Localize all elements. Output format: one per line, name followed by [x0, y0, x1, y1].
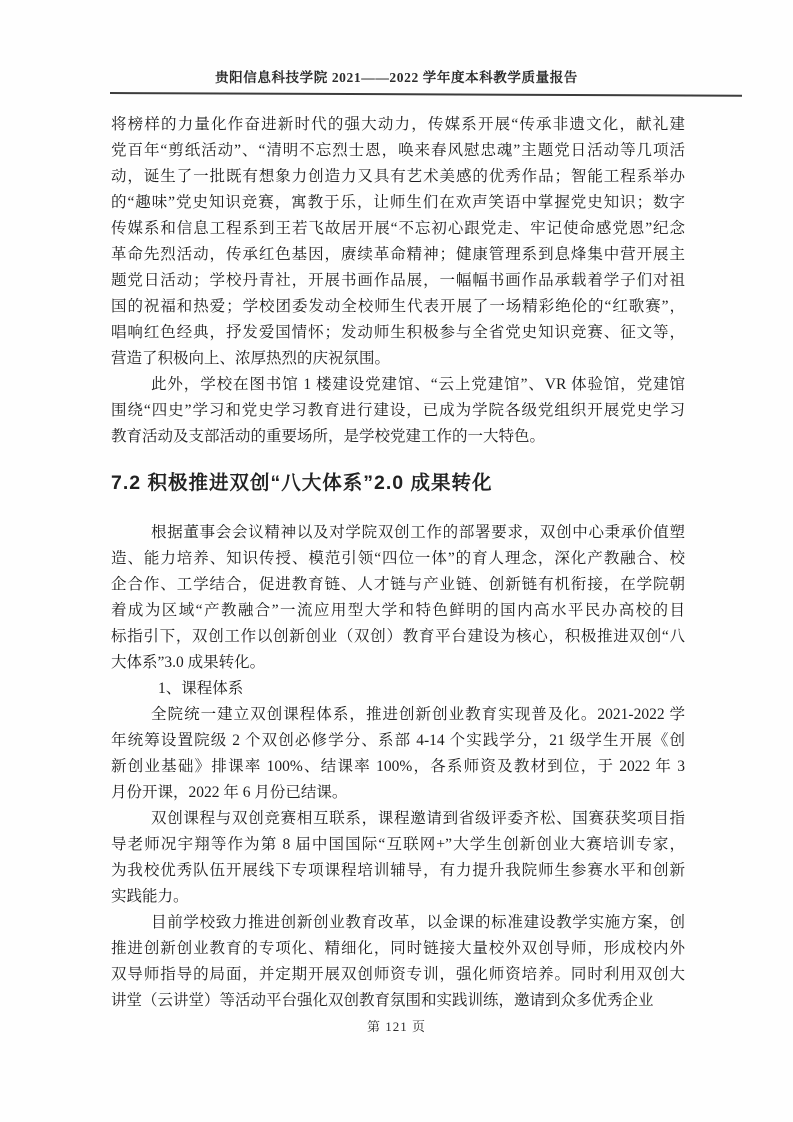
text-line: 的“趣味”党史知识竞赛，寓教于乐，让师生们在欢声笑语中掌握党史知识；数字 [111, 190, 685, 216]
paragraph: 目前学校致力推进创新创业教育改革，以金课的标准建设教学实施方案，创推进创新创业教… [111, 910, 685, 1014]
text-line: 月份开课，2022 年 6 月份已结课。 [111, 780, 685, 806]
page-header: 贵阳信息科技学院 2021——2022 学年度本科教学质量报告 [0, 66, 793, 87]
text-line: 此外，学校在图书馆 1 楼建设党建馆、“云上党建馆”、VR 体验馆，党建馆 [111, 372, 685, 398]
text-line: 大体系”3.0 成果转化。 [111, 650, 685, 676]
page-footer: 第 121 页 [0, 1016, 793, 1036]
paragraph: 将榜样的力量化作奋进新时代的强大动力，传媒系开展“传承非遗文化，献礼建党百年“剪… [111, 112, 685, 372]
text-line: 根据董事会会议精神以及对学院双创工作的部署要求，双创中心秉承价值塑 [111, 520, 685, 546]
text-line: 讲堂（云讲堂）等活动平台强化双创教育氛围和实践训练，邀请到众多优秀企业 [111, 988, 685, 1014]
paragraph: 全院统一建立双创课程体系，推进创新创业教育实现普及化。2021-2022 学年统… [111, 702, 685, 806]
text-line: 国的祝福和热爱；学校团委发动全校师生代表开展了一场精彩绝伦的“红歌赛”， [111, 294, 685, 320]
text-line: 推进创新创业教育的专项化、精细化，同时链接大量校外双创导师，形成校内外 [111, 936, 685, 962]
text-line: 动，诞生了一批既有想象力创造力又具有艺术美感的优秀作品；智能工程系举办 [111, 164, 685, 190]
document-page: 贵阳信息科技学院 2021——2022 学年度本科教学质量报告 将榜样的力量化作… [0, 0, 793, 1122]
text-line: 全院统一建立双创课程体系，推进创新创业教育实现普及化。2021-2022 学 [111, 702, 685, 728]
text-line: 为我校优秀队伍开展线下专项课程培训辅导，有力提升我院师生参赛水平和创新 [111, 858, 685, 884]
text-line: 实践能力。 [111, 884, 685, 910]
text-line: 造、能力培养、知识传授、模范引领“四位一体”的育人理念，深化产教融合、校 [111, 546, 685, 572]
text-line: 双创课程与双创竞赛相互联系，课程邀请到省级评委齐松、国赛获奖项目指 [111, 806, 685, 832]
page-number: 第 121 页 [367, 1019, 426, 1034]
text-line: 双导师指导的局面，并定期开展双创师资专训，强化师资培养。同时利用双创大 [111, 962, 685, 988]
text-line: 导老师况宇翔等作为第 8 届中国国际“互联网+”大学生创新创业大赛培训专家， [111, 832, 685, 858]
text-line: 年统筹设置院级 2 个双创必修学分、系部 4-14 个实践学分，21 级学生开展… [111, 728, 685, 754]
text-line: 营造了积极向上、浓厚热烈的庆祝氛围。 [111, 346, 685, 372]
text-line: 新创业基础》排课率 100%、结课率 100%，各系师资及教材到位，于 2022… [111, 754, 685, 780]
text-line: 企合作、工学结合，促进教育链、人才链与产业链、创新链有机衔接，在学院朝 [111, 572, 685, 598]
text-line: 着成为区域“产教融合”一流应用型大学和特色鲜明的国内高水平民办高校的目 [111, 598, 685, 624]
list-item: 1、课程体系 [111, 676, 685, 702]
text-line: 教育活动及支部活动的重要场所，是学校党建工作的一大特色。 [111, 424, 685, 450]
header-rule [110, 92, 742, 97]
section-heading: 7.2 积极推进双创“八大体系”2.0 成果转化 [111, 468, 685, 498]
text-line: 题党日活动；学校丹青社，开展书画作品展，一幅幅书画作品承载着学子们对祖 [111, 268, 685, 294]
paragraph: 根据董事会会议精神以及对学院双创工作的部署要求，双创中心秉承价值塑造、能力培养、… [111, 520, 685, 676]
document-body: 将榜样的力量化作奋进新时代的强大动力，传媒系开展“传承非遗文化，献礼建党百年“剪… [111, 112, 685, 1014]
paragraph: 双创课程与双创竞赛相互联系，课程邀请到省级评委齐松、国赛获奖项目指导老师况宇翔等… [111, 806, 685, 910]
text-line: 围绕“四史”学习和党史学习教育进行建设，已成为学院各级党组织开展党史学习 [111, 398, 685, 424]
text-line: 党百年“剪纸活动”、“清明不忘烈士恩，唤来春风慰忠魂”主题党日活动等几项活 [111, 138, 685, 164]
header-title: 贵阳信息科技学院 2021——2022 学年度本科教学质量报告 [215, 70, 578, 85]
text-line: 唱响红色经典，抒发爱国情怀；发动师生积极参与全省党史知识竞赛、征文等， [111, 320, 685, 346]
text-line: 标指引下，双创工作以创新创业（双创）教育平台建设为核心，积极推进双创“八 [111, 624, 685, 650]
text-line: 目前学校致力推进创新创业教育改革，以金课的标准建设教学实施方案，创 [111, 910, 685, 936]
text-line: 传媒系和信息工程系到王若飞故居开展“不忘初心跟党走、牢记使命感党恩”纪念 [111, 216, 685, 242]
text-line: 将榜样的力量化作奋进新时代的强大动力，传媒系开展“传承非遗文化，献礼建 [111, 112, 685, 138]
text-line: 革命先烈活动，传承红色基因，赓续革命精神；健康管理系到息烽集中营开展主 [111, 242, 685, 268]
paragraph: 此外，学校在图书馆 1 楼建设党建馆、“云上党建馆”、VR 体验馆，党建馆围绕“… [111, 372, 685, 450]
